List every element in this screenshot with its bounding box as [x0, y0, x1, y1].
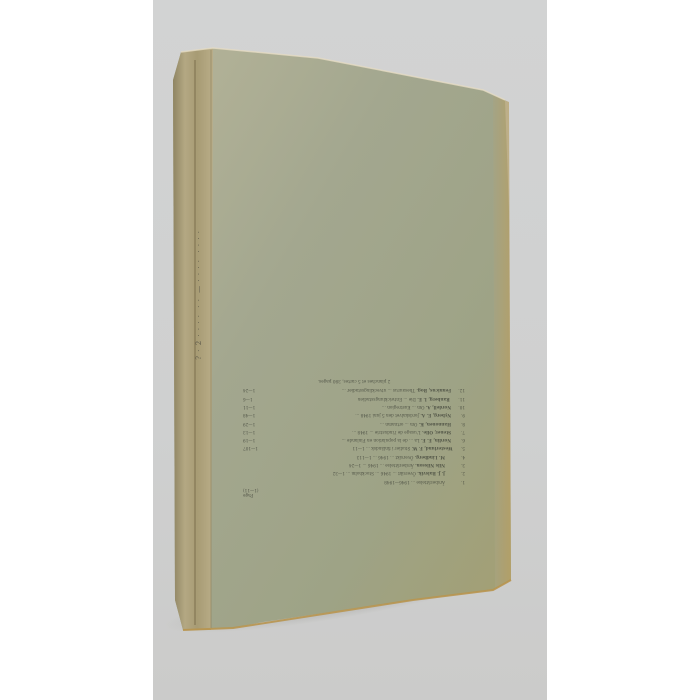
entry-title: Översikt ... 1946 ... 1—113	[357, 455, 414, 460]
entry-text: Nyberg, E. A. Jordskalvet den 5 juni 194…	[261, 413, 451, 418]
back-cover-contents: Page (1—11) 1. Ärsberättelse ... 1946—19…	[243, 236, 465, 498]
contents-entry: 6.Nordin, E. E. La ... de la population …	[243, 438, 465, 443]
entry-author: Fennicus, Bog.	[416, 388, 451, 393]
entry-text: Westerlund, F. W. Studier i finländsk ..…	[262, 446, 452, 451]
spine-title: · · · · — · · · · · · ? · 2 · · · ·	[195, 230, 203, 440]
entry-number: 2.	[457, 471, 465, 476]
contents-entry: 9.Nyberg, E. A. Jordskalvet den 5 juni 1…	[243, 413, 465, 418]
contents-entry: 3.Nils Nilsson. Ärsberättelse ... 1946 .…	[243, 463, 465, 468]
spine-fragment: · · · ·	[195, 230, 203, 253]
entry-number: 11.	[457, 396, 465, 401]
entry-number: 9.	[457, 413, 465, 418]
spine-fragment: — · · · ·	[195, 259, 203, 293]
entry-title: Ärsberättelse ... 1946 ... 1—24	[349, 463, 414, 468]
entry-number: 12.	[457, 388, 465, 393]
entry-title: Die ... Entwicklungsstadien	[358, 397, 416, 402]
entry-pages: 1—11	[243, 405, 255, 410]
contents-entry: 12.Fennicus, Bog. Thesaurus ... utveckli…	[243, 388, 465, 393]
contents-header: Page (1—11)	[243, 488, 465, 498]
entry-text: Fennicus, Bog. Thesaurus ... utvecklings…	[261, 388, 451, 393]
book-photo: · · · · — · · · · · · ? · 2 · · · · Page…	[153, 0, 547, 700]
entry-text: Nordin, E. E. La ... de la population en…	[261, 438, 451, 443]
entry-text: M. Lindberg. Översikt ... 1946 ... 1—113	[255, 455, 445, 460]
entry-text: Ärsberättelse ... 1946—1948	[255, 479, 445, 484]
entry-author: Stener, Olle.	[422, 430, 451, 435]
entry-number: 10.	[457, 405, 465, 410]
entry-author: M. Lindberg.	[415, 455, 445, 460]
entry-text: J. J. Balsvik. Översikt ... 1946 ... Sto…	[255, 471, 445, 476]
entry-title: Jordskalvet den 5 juni 1948 ...	[355, 413, 419, 418]
contents-entry: 7.Stener, Olle. L'usage de l'industrie .…	[243, 430, 465, 435]
entry-title: Thesaurus ... utvecklingsstadier ...	[342, 388, 415, 393]
entry-title: Ärsberättelse ... 1946—1948	[384, 480, 445, 485]
entry-number: 3.	[457, 463, 465, 468]
entry-number: 4.	[457, 455, 465, 460]
entry-author: Nils Nilsson.	[415, 463, 445, 468]
entry-author: Nordell, A.	[426, 405, 451, 410]
entry-author: Ranberg, I. E.	[417, 397, 450, 402]
entry-text: Stener, Olle. L'usage de l'industrie ...…	[261, 430, 451, 435]
entry-pages: 1—107	[243, 446, 258, 451]
entry-pages: 1—24	[243, 388, 255, 393]
entry-pages: 1—29	[243, 421, 255, 426]
entry-author: Nordin, E. E.	[421, 438, 451, 443]
entry-title: L'usage de l'industrie ... 1948 ...	[352, 430, 420, 435]
entry-author: Westerlund, F. W.	[412, 446, 453, 451]
entry-title: Om ... Kustregion ...	[382, 405, 425, 410]
contents-entry: 1. Ärsberättelse ... 1946—1948	[243, 479, 465, 484]
entry-author: Hannonen, K.	[419, 422, 451, 427]
entry-number: 1.	[457, 479, 465, 484]
entry-number: 5.	[457, 446, 465, 451]
contents-entry: 5.Westerlund, F. W. Studier i finländsk …	[243, 446, 465, 451]
contents-footer: 2 planches et 5 cartes, 380 pages.	[243, 379, 465, 384]
entry-text: Ranberg, I. E. Die ... Entwicklungsstadi…	[260, 396, 450, 401]
contents-entry: 2.J. J. Balsvik. Översikt ... 1946 ... S…	[243, 471, 465, 476]
entry-title: La ... de la population en Finlande ...	[342, 438, 420, 443]
entry-title: Om ... ortnamn ...	[380, 422, 417, 427]
contents-entry: 8.Hannonen, K. Om ... ortnamn ...1—29	[243, 421, 465, 426]
entry-number: 7.	[457, 430, 465, 435]
contents-entry: 11.Ranberg, I. E. Die ... Entwicklungsst…	[243, 396, 465, 401]
entry-author: Nyberg, E. A.	[420, 413, 451, 418]
entry-pages: 1—48	[243, 413, 255, 418]
contents-entry: 4.M. Lindberg. Översikt ... 1946 ... 1—1…	[243, 455, 465, 460]
entry-number: 6.	[457, 438, 465, 443]
entry-title: Studier i finländsk ... 1—11	[352, 446, 410, 451]
spine-fragment: ? · 2 · · · ·	[195, 314, 203, 360]
entry-number: 8.	[457, 421, 465, 426]
entry-author: J. J. Balsvik.	[417, 471, 445, 476]
entry-text: Nils Nilsson. Ärsberättelse ... 1946 ...…	[255, 463, 445, 468]
entry-text: Nordell, A. Om ... Kustregion ...	[261, 405, 451, 410]
spine-fragment: · ·	[195, 298, 203, 308]
entry-pages: 1—13	[243, 430, 255, 435]
entry-pages: 1—6	[243, 396, 253, 401]
entry-title: Översikt ... 1946 ... Stockholm ... 1—32	[333, 471, 416, 476]
entry-pages: 1—19	[243, 438, 255, 443]
entry-text: Hannonen, K. Om ... ortnamn ...	[261, 421, 451, 426]
contents-entry: 10.Nordell, A. Om ... Kustregion ...1—11	[243, 405, 465, 410]
